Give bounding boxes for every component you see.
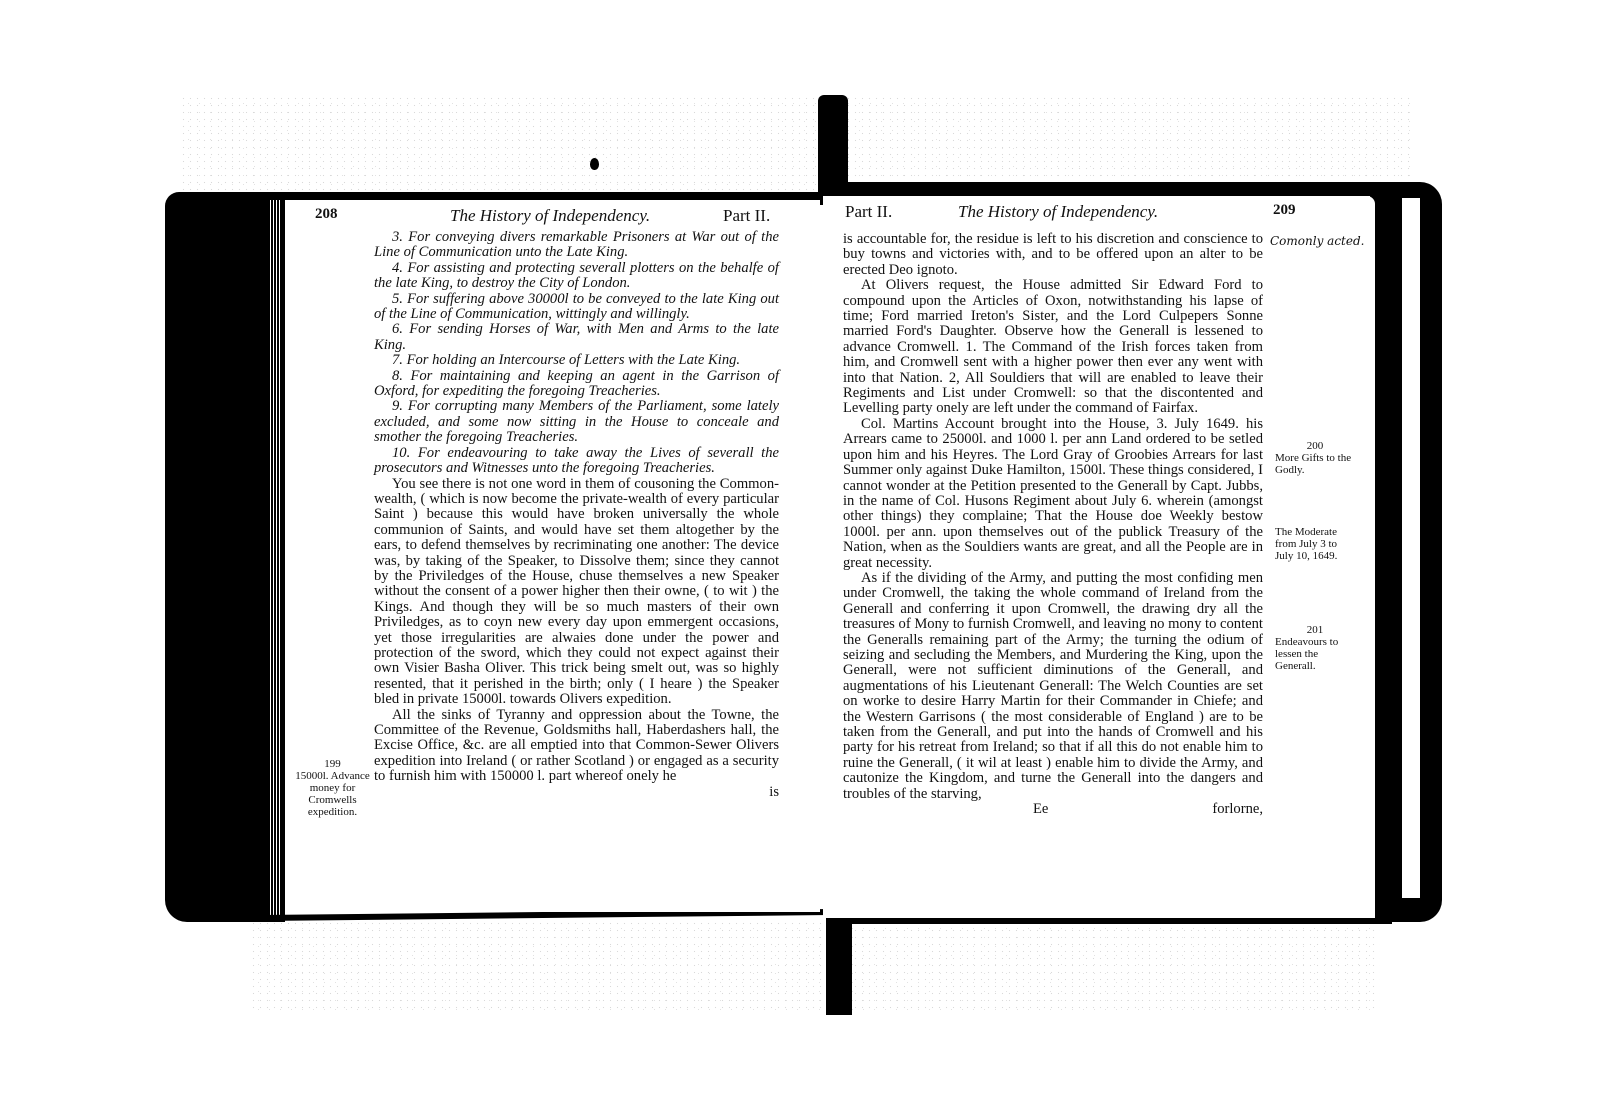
paragraph: You see there is not one word in them of…: [374, 477, 779, 708]
paragraph: 3. For conveying divers remarkable Priso…: [374, 230, 779, 261]
paragraph: 9. For corrupting many Members of the Pa…: [374, 399, 779, 445]
margin-note: The Moderate from July 3 to July 10, 164…: [1275, 526, 1355, 562]
book-spine-bottom: [826, 915, 852, 1015]
running-title: The History of Independency.: [958, 202, 1158, 222]
paragraph: Col. Martins Account brought into the Ho…: [843, 417, 1263, 571]
running-title: The History of Independency.: [450, 206, 650, 226]
left-page: 208 The History of Independency. Part II…: [285, 200, 820, 912]
paragraph: All the sinks of Tyranny and oppression …: [374, 708, 779, 785]
paragraph: 8. For maintaining and keeping an agent …: [374, 369, 779, 400]
margin-note: 199 15000l. Advance money for Cromwells …: [295, 758, 370, 818]
paragraph: At Olivers request, the House admitted S…: [843, 278, 1263, 417]
paragraph: 7. For holding an Intercourse of Letters…: [374, 353, 779, 368]
left-page-body: 3. For conveying divers remarkable Priso…: [374, 230, 779, 800]
paragraph: 10. For endeavouring to take away the Li…: [374, 446, 779, 477]
right-page-body: is accountable for, the residue is left …: [843, 232, 1263, 817]
page-number: 209: [1273, 202, 1296, 219]
margin-note-text: 15000l. Advance money for Cromwells expe…: [295, 770, 370, 818]
catchword: forlorne,: [1212, 802, 1263, 817]
page-number: 208: [315, 206, 338, 223]
handwritten-annotation: Comonly acted.: [1270, 234, 1364, 248]
page-footer: Ee forlorne,: [843, 802, 1263, 817]
signature-mark: Ee: [1033, 802, 1048, 817]
margin-note-text: More Gifts to the Godly.: [1275, 452, 1355, 476]
paragraph: 6. For sending Horses of War, with Men a…: [374, 322, 779, 353]
margin-note-text: Endeavours to lessen the Generall.: [1275, 636, 1355, 672]
margin-note-number: 201: [1275, 624, 1355, 636]
page-edges-left: [268, 200, 282, 915]
part-label: Part II.: [723, 206, 770, 226]
page-top-edge-right: [830, 182, 1390, 196]
margin-note: 200 More Gifts to the Godly.: [1275, 440, 1355, 476]
paragraph: 4. For assisting and protecting severall…: [374, 261, 779, 292]
margin-note-number: 199: [295, 758, 370, 770]
page-top-edge-left: [270, 192, 825, 200]
paragraph: As if the dividing of the Army, and putt…: [843, 571, 1263, 802]
scan-background-bottom: [250, 920, 1380, 1010]
ink-blot: [590, 158, 599, 170]
catchword: is: [374, 785, 779, 800]
margin-note-number: 200: [1275, 440, 1355, 452]
part-label: Part II.: [845, 202, 892, 222]
right-page: Part II. The History of Independency. 20…: [823, 196, 1375, 918]
paragraph: is accountable for, the residue is left …: [843, 232, 1263, 278]
scan-background-top: [180, 95, 1410, 195]
margin-note: 201 Endeavours to lessen the Generall.: [1275, 624, 1355, 672]
page-bottom-edge-right: [832, 918, 1392, 924]
paragraph: 5. For suffering above 30000l to be conv…: [374, 292, 779, 323]
margin-note-text: The Moderate from July 3 to July 10, 164…: [1275, 526, 1355, 562]
book-cover-left: [165, 192, 285, 922]
page-edges-right: [1402, 198, 1420, 898]
